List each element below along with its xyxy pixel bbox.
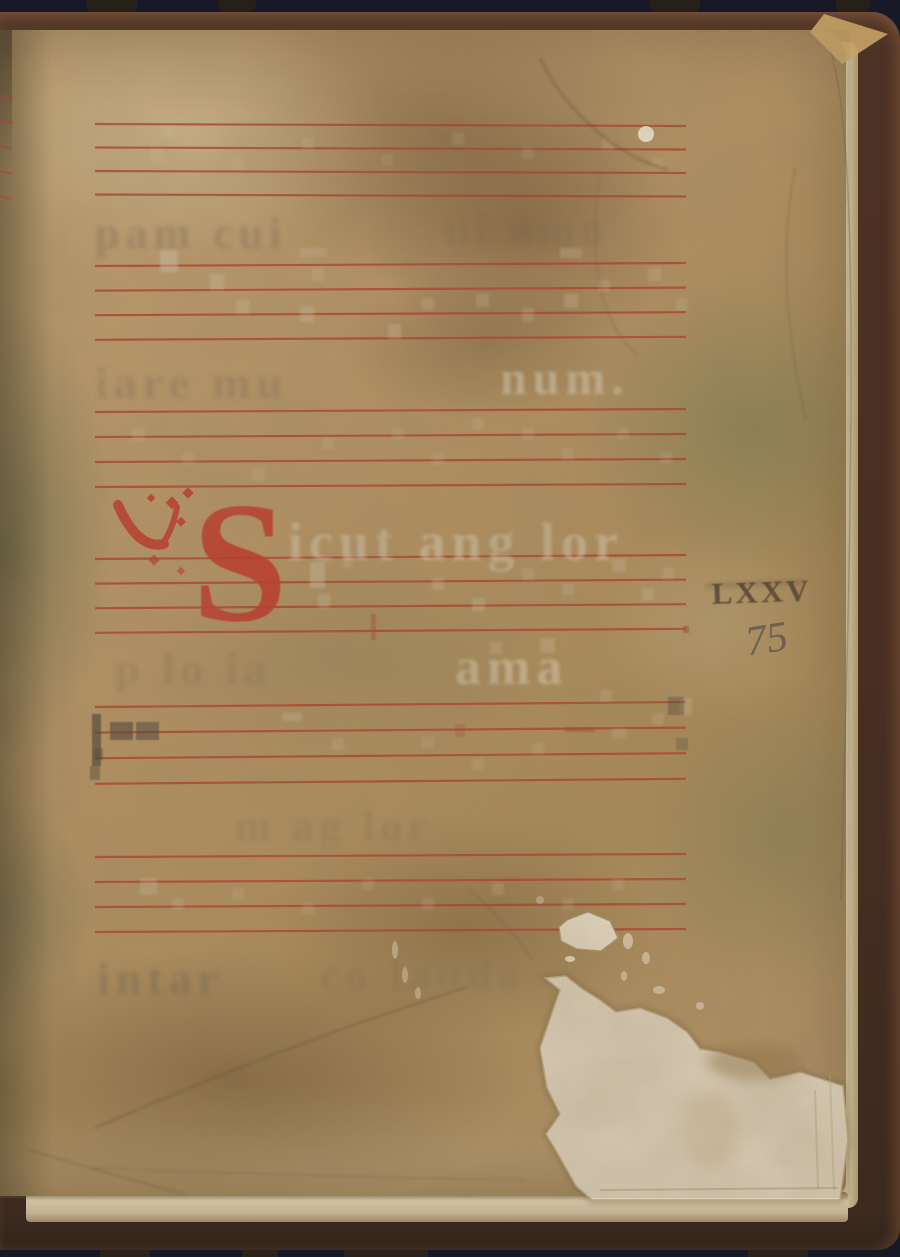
manuscript-photograph: pam cui ui amo iare mu num. icut ang lor…: [0, 0, 900, 1257]
manuscript-overlay: pam cui ui amo iare mu num. icut ang lor…: [0, 0, 900, 1257]
texture-grain: [0, 30, 850, 1198]
